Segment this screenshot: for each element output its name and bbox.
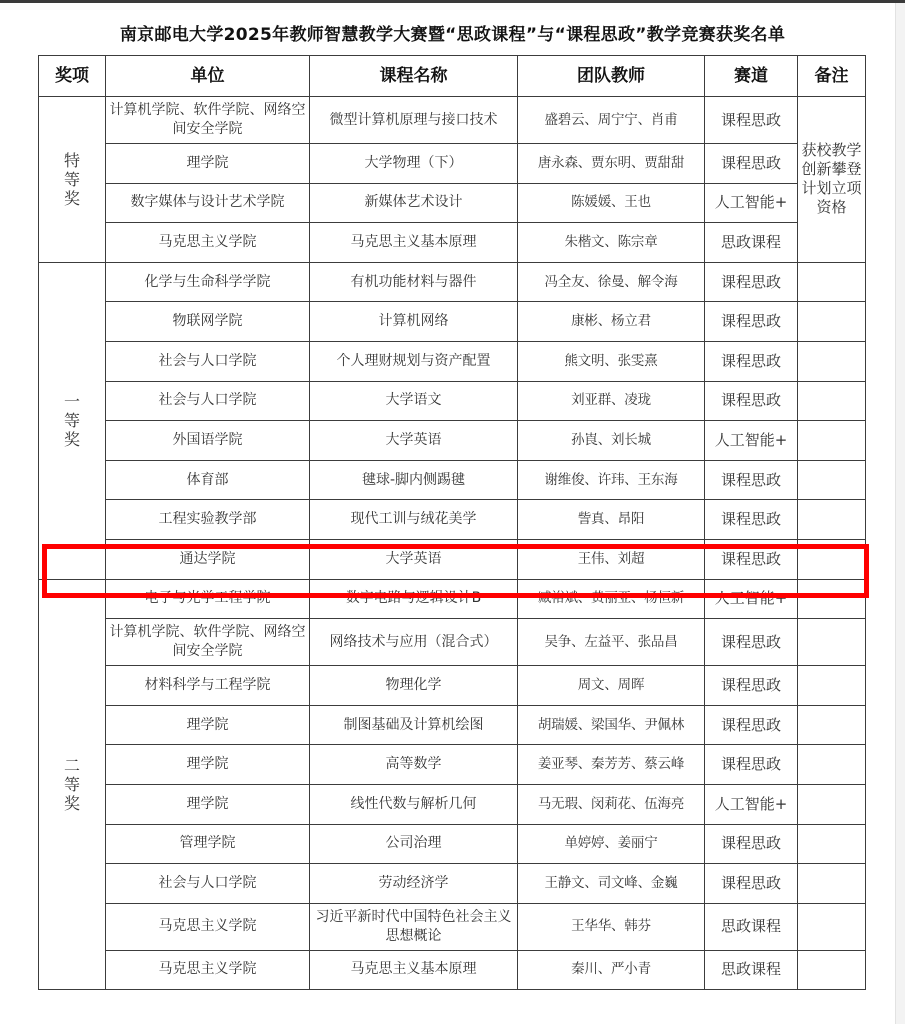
note-cell-empty	[798, 460, 866, 500]
track-cell: 课程思政	[705, 97, 798, 144]
course-cell: 制图基础及计算机绘图	[310, 705, 518, 745]
course-cell: 大学物理（下）	[310, 144, 518, 184]
unit-cell: 理学院	[106, 745, 310, 785]
team-cell: 谢维俊、许玮、王东海	[518, 460, 705, 500]
document-title: 南京邮电大学2025年教师智慧教学大赛暨“思政课程”与“课程思政”教学竞赛获奖名…	[0, 20, 905, 45]
table-row-highlighted: 通达学院大学英语王伟、刘超课程思政	[39, 539, 866, 579]
table-row: 二等奖电子与光学工程学院数字电路与逻辑设计B臧裕斌、黄丽亚、杨恒新人工智能+	[39, 579, 866, 619]
team-cell: 朱楷文、陈宗章	[518, 223, 705, 263]
note-cell-empty	[798, 262, 866, 302]
note-cell-empty	[798, 302, 866, 342]
track-cell: 课程思政	[705, 745, 798, 785]
track-cell: 课程思政	[705, 619, 798, 666]
unit-cell: 管理学院	[106, 824, 310, 864]
unit-cell: 理学院	[106, 705, 310, 745]
track-cell: 人工智能+	[705, 784, 798, 824]
unit-cell: 材料科学与工程学院	[106, 666, 310, 706]
course-cell: 大学英语	[310, 421, 518, 461]
course-cell: 高等数学	[310, 745, 518, 785]
team-cell: 吴争、左益平、张品昌	[518, 619, 705, 666]
team-cell: 秦川、严小青	[518, 950, 705, 990]
award-level-cell: 特等奖	[39, 97, 106, 263]
note-cell-empty	[798, 381, 866, 421]
award-level-label: 特等奖	[64, 151, 80, 208]
team-cell: 王伟、刘超	[518, 539, 705, 579]
team-cell: 王华华、韩芬	[518, 903, 705, 950]
course-cell: 毽球-脚内侧踢毽	[310, 460, 518, 500]
note-cell-empty	[798, 950, 866, 990]
unit-cell: 马克思主义学院	[106, 223, 310, 263]
team-cell: 周文、周晖	[518, 666, 705, 706]
table-row: 一等奖化学与生命科学学院有机功能材料与器件冯全友、徐曼、解令海课程思政	[39, 262, 866, 302]
course-cell: 物理化学	[310, 666, 518, 706]
team-cell: 姜亚琴、秦芳芳、蔡云峰	[518, 745, 705, 785]
course-cell: 公司治理	[310, 824, 518, 864]
team-cell: 王静文、司文峰、金巍	[518, 864, 705, 904]
note-cell: 获校教学创新攀登计划立项资格	[798, 97, 866, 263]
team-cell: 熊文明、张雯熹	[518, 341, 705, 381]
unit-cell: 计算机学院、软件学院、网络空间安全学院	[106, 97, 310, 144]
team-cell: 胡瑞媛、梁国华、尹佩林	[518, 705, 705, 745]
note-cell-empty	[798, 864, 866, 904]
table-header-row: 奖项 单位 课程名称 团队教师 赛道 备注	[39, 56, 866, 97]
table-row: 社会与人口学院大学语文刘亚群、凌珑课程思政	[39, 381, 866, 421]
header-track: 赛道	[705, 56, 798, 97]
unit-cell: 理学院	[106, 144, 310, 184]
unit-cell: 社会与人口学院	[106, 864, 310, 904]
course-cell: 大学英语	[310, 539, 518, 579]
track-cell: 课程思政	[705, 460, 798, 500]
note-cell-empty	[798, 824, 866, 864]
table-row: 特等奖计算机学院、软件学院、网络空间安全学院微型计算机原理与接口技术盛碧云、周宁…	[39, 97, 866, 144]
note-cell-empty	[798, 903, 866, 950]
unit-cell: 社会与人口学院	[106, 341, 310, 381]
team-cell: 訾真、昂阳	[518, 500, 705, 540]
unit-cell: 电子与光学工程学院	[106, 579, 310, 619]
team-cell: 冯全友、徐曼、解令海	[518, 262, 705, 302]
table-row: 马克思主义学院马克思主义基本原理秦川、严小青思政课程	[39, 950, 866, 990]
unit-cell: 体育部	[106, 460, 310, 500]
header-award: 奖项	[39, 56, 106, 97]
table-row: 理学院制图基础及计算机绘图胡瑞媛、梁国华、尹佩林课程思政	[39, 705, 866, 745]
track-cell: 课程思政	[705, 302, 798, 342]
header-unit: 单位	[106, 56, 310, 97]
note-cell-empty	[798, 421, 866, 461]
award-level-cell: 二等奖	[39, 579, 106, 990]
award-level-label: 二等奖	[64, 756, 80, 813]
track-cell: 课程思政	[705, 500, 798, 540]
table-row: 马克思主义学院马克思主义基本原理朱楷文、陈宗章思政课程	[39, 223, 866, 263]
course-cell: 网络技术与应用（混合式）	[310, 619, 518, 666]
course-cell: 有机功能材料与器件	[310, 262, 518, 302]
table-row: 理学院线性代数与解析几何马无瑕、闵莉花、伍海亮人工智能+	[39, 784, 866, 824]
team-cell: 陈媛媛、王也	[518, 183, 705, 223]
note-cell-empty	[798, 784, 866, 824]
viewer-top-bar	[0, 0, 905, 3]
table-row: 马克思主义学院习近平新时代中国特色社会主义思想概论王华华、韩芬思政课程	[39, 903, 866, 950]
track-cell: 课程思政	[705, 262, 798, 302]
course-cell: 习近平新时代中国特色社会主义思想概论	[310, 903, 518, 950]
note-cell-empty	[798, 705, 866, 745]
note-cell-empty	[798, 539, 866, 579]
table-row: 材料科学与工程学院物理化学周文、周晖课程思政	[39, 666, 866, 706]
note-cell-empty	[798, 619, 866, 666]
note-cell-empty	[798, 745, 866, 785]
unit-cell: 马克思主义学院	[106, 950, 310, 990]
unit-cell: 物联网学院	[106, 302, 310, 342]
team-cell: 臧裕斌、黄丽亚、杨恒新	[518, 579, 705, 619]
team-cell: 唐永森、贾东明、贾甜甜	[518, 144, 705, 184]
team-cell: 单婷婷、姜丽宁	[518, 824, 705, 864]
track-cell: 人工智能+	[705, 579, 798, 619]
track-cell: 课程思政	[705, 341, 798, 381]
note-cell-empty	[798, 341, 866, 381]
table-row: 社会与人口学院个人理财规划与资产配置熊文明、张雯熹课程思政	[39, 341, 866, 381]
table-row: 理学院大学物理（下）唐永森、贾东明、贾甜甜课程思政	[39, 144, 866, 184]
note-cell-empty	[798, 579, 866, 619]
unit-cell: 工程实验教学部	[106, 500, 310, 540]
unit-cell: 外国语学院	[106, 421, 310, 461]
note-cell-empty	[798, 666, 866, 706]
team-cell: 康彬、杨立君	[518, 302, 705, 342]
track-cell: 人工智能+	[705, 183, 798, 223]
header-team: 团队教师	[518, 56, 705, 97]
track-cell: 思政课程	[705, 950, 798, 990]
note-cell-empty	[798, 500, 866, 540]
course-cell: 计算机网络	[310, 302, 518, 342]
course-cell: 个人理财规划与资产配置	[310, 341, 518, 381]
track-cell: 课程思政	[705, 666, 798, 706]
award-level-cell: 一等奖	[39, 262, 106, 579]
course-cell: 马克思主义基本原理	[310, 950, 518, 990]
course-cell: 微型计算机原理与接口技术	[310, 97, 518, 144]
team-cell: 刘亚群、凌珑	[518, 381, 705, 421]
table-row: 计算机学院、软件学院、网络空间安全学院网络技术与应用（混合式）吴争、左益平、张品…	[39, 619, 866, 666]
header-course: 课程名称	[310, 56, 518, 97]
table-row: 社会与人口学院劳动经济学王静文、司文峰、金巍课程思政	[39, 864, 866, 904]
track-cell: 人工智能+	[705, 421, 798, 461]
table-body: 特等奖计算机学院、软件学院、网络空间安全学院微型计算机原理与接口技术盛碧云、周宁…	[39, 97, 866, 990]
course-cell: 数字电路与逻辑设计B	[310, 579, 518, 619]
course-cell: 现代工训与绒花美学	[310, 500, 518, 540]
unit-cell: 数字媒体与设计艺术学院	[106, 183, 310, 223]
table-row: 理学院高等数学姜亚琴、秦芳芳、蔡云峰课程思政	[39, 745, 866, 785]
unit-cell: 化学与生命科学学院	[106, 262, 310, 302]
table-row: 体育部毽球-脚内侧踢毽谢维俊、许玮、王东海课程思政	[39, 460, 866, 500]
page-edge	[895, 3, 905, 1024]
course-cell: 大学语文	[310, 381, 518, 421]
unit-cell: 通达学院	[106, 539, 310, 579]
unit-cell: 社会与人口学院	[106, 381, 310, 421]
award-table: 奖项 单位 课程名称 团队教师 赛道 备注 特等奖计算机学院、软件学院、网络空间…	[38, 55, 866, 990]
unit-cell: 马克思主义学院	[106, 903, 310, 950]
track-cell: 思政课程	[705, 903, 798, 950]
award-level-label: 一等奖	[64, 392, 80, 449]
course-cell: 劳动经济学	[310, 864, 518, 904]
table-row: 物联网学院计算机网络康彬、杨立君课程思政	[39, 302, 866, 342]
track-cell: 课程思政	[705, 824, 798, 864]
track-cell: 课程思政	[705, 381, 798, 421]
table-row: 工程实验教学部现代工训与绒花美学訾真、昂阳课程思政	[39, 500, 866, 540]
track-cell: 思政课程	[705, 223, 798, 263]
course-cell: 新媒体艺术设计	[310, 183, 518, 223]
track-cell: 课程思政	[705, 539, 798, 579]
unit-cell: 理学院	[106, 784, 310, 824]
course-cell: 线性代数与解析几何	[310, 784, 518, 824]
table-row: 外国语学院大学英语孙崀、刘长城人工智能+	[39, 421, 866, 461]
unit-cell: 计算机学院、软件学院、网络空间安全学院	[106, 619, 310, 666]
team-cell: 盛碧云、周宁宁、肖甫	[518, 97, 705, 144]
team-cell: 孙崀、刘长城	[518, 421, 705, 461]
track-cell: 课程思政	[705, 864, 798, 904]
team-cell: 马无瑕、闵莉花、伍海亮	[518, 784, 705, 824]
table-row: 管理学院公司治理单婷婷、姜丽宁课程思政	[39, 824, 866, 864]
table-row: 数字媒体与设计艺术学院新媒体艺术设计陈媛媛、王也人工智能+	[39, 183, 866, 223]
track-cell: 课程思政	[705, 705, 798, 745]
track-cell: 课程思政	[705, 144, 798, 184]
header-note: 备注	[798, 56, 866, 97]
course-cell: 马克思主义基本原理	[310, 223, 518, 263]
